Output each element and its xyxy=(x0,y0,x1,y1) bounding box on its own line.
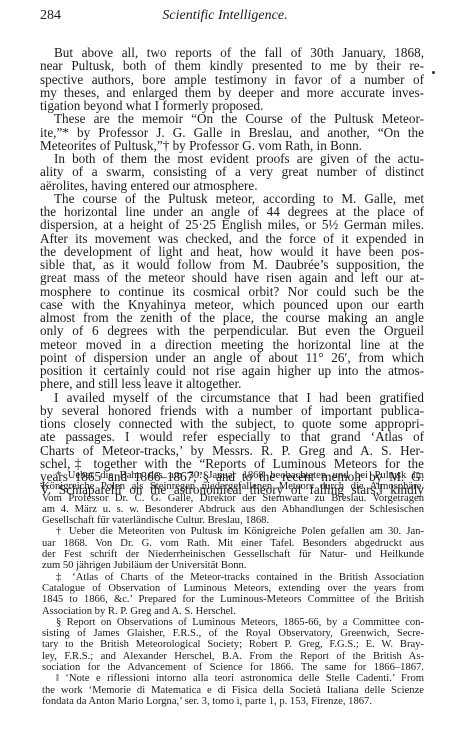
footnote-line: Catalogue of Observation of Luminous Met… xyxy=(42,583,424,594)
text-line: mosphere to continue its cosmical orbit?… xyxy=(40,285,424,298)
text-line: phere, and still less leave it altogethe… xyxy=(40,377,424,390)
text-line: near Pultusk, both of them kindly presen… xyxy=(40,59,424,72)
footnote-line: ‡ ‘Atlas of Charts of the Meteor-tracks … xyxy=(42,572,424,583)
text-line: position it certainly could not rise aga… xyxy=(40,364,424,377)
text-line: ality of a swarm, consisting of a very g… xyxy=(40,165,424,178)
footnote-line: Association by R. P. Greg and A. S. Hers… xyxy=(42,606,424,617)
text-line: spective authors, bore ample testimony i… xyxy=(40,73,424,86)
text-line: only of 6 degrees with the perpendicular… xyxy=(40,324,424,337)
text-line: The course of the Pultusk meteor, accord… xyxy=(40,192,424,205)
running-title: Scientific Intelligence. xyxy=(40,8,410,24)
text-line: meteor moved in a direction meeting the … xyxy=(40,338,424,351)
footnote-line: Gesellschaft für vaterländische Cultur. … xyxy=(42,515,424,526)
text-line: great mass of the meteor should have ris… xyxy=(40,271,424,284)
footnote-line: † Ueber die Meteoriten von Pultusk im Kö… xyxy=(42,526,424,537)
footnote-line: ley, F.R.S.; and Alexander Herschel, B.A… xyxy=(42,651,424,662)
footnote-line: zum 50 jährigen Jubiläum der Universität… xyxy=(42,560,424,571)
text-line: tigation beyond what I formerly proposed… xyxy=(40,99,424,112)
footnote-line: § Report on Observations of Luminous Met… xyxy=(42,617,424,628)
text-line: After its movement was checked, and the … xyxy=(40,232,424,245)
text-line: ate passages. I would refer especially t… xyxy=(40,430,424,443)
text-line: These are the memoir “On the Course of t… xyxy=(40,112,424,125)
text-line: Meteorites of Pultusk,”† by Professor G.… xyxy=(40,139,424,152)
text-line: tions closely connected with the subject… xyxy=(40,417,424,430)
text-line: aërolites, having entered our atmosphere… xyxy=(40,179,424,192)
footnote-line: the work ‘Memorie di Matematica e di Fis… xyxy=(42,685,424,696)
text-line: In both of them the most evident proofs … xyxy=(40,152,424,165)
text-line: But above all, two reports of the fall o… xyxy=(40,46,424,59)
footnote-line: 1845 to 1866, &c.’ Prepared for the Lumi… xyxy=(42,594,424,605)
footnote-line: fondata da Anton Mario Lorgna,’ ser. 3, … xyxy=(42,696,424,707)
book-page: 284 Scientific Intelligence. But above a… xyxy=(0,0,450,750)
footnote-line: Vom Professor Dr. C. G. Galle, Direktor … xyxy=(42,493,424,504)
text-line: the development of light and heat, how w… xyxy=(40,245,424,258)
body-text: But above all, two reports of the fall o… xyxy=(40,46,424,497)
text-line: dispersion, at a height of 25·25 English… xyxy=(40,218,424,231)
footnote-line: am 4. März u. s. w. Besonderer Abdruck a… xyxy=(42,504,424,515)
page-header: 284 Scientific Intelligence. xyxy=(40,8,410,28)
text-line: ite,”* by Professor J. G. Galle in Bresl… xyxy=(40,126,424,139)
text-line: Charts of Meteor-tracks,’ by Messrs. R. … xyxy=(40,444,424,457)
text-line: my theses, and enlarged them by deeper a… xyxy=(40,86,424,99)
footnotes: * Ueber die Bahn des am 30. Januar 1868 … xyxy=(42,470,424,707)
footnote-line: tary to the British Meteorological Socie… xyxy=(42,639,424,650)
text-line: by several honored friends with a number… xyxy=(40,404,424,417)
footnote-line: ‖ ‘Note e riflessioni intorno alla teori… xyxy=(42,673,424,684)
text-line: I availed myself of the circumstance tha… xyxy=(40,391,424,404)
footnote-line: der Fest schrift der Niederrheinischen G… xyxy=(42,549,424,560)
text-line: point of dispersion under an angle of ab… xyxy=(40,351,424,364)
footnote-line: sociation for the Advancement of Science… xyxy=(42,662,424,673)
text-line: sible that, as it would follow from M. D… xyxy=(40,258,424,271)
footnote-line: Königreiche Polen als Steinregen niederg… xyxy=(42,481,424,492)
text-line: almost from the zenith of the place, the… xyxy=(40,311,424,324)
footnote-line: * Ueber die Bahn des am 30. Januar 1868 … xyxy=(42,470,424,481)
footnote-line: uar 1868. Von Dr. G. vom Rath. Mit einer… xyxy=(42,538,424,549)
text-line: schel,‡ together with the “Reports of Lu… xyxy=(40,457,424,470)
footnote-line: sisting of James Glaisher, F.R.S., of th… xyxy=(42,628,424,639)
margin-speck xyxy=(432,71,435,74)
text-line: case with the Knyahinya meteor, which po… xyxy=(40,298,424,311)
text-line: the horizontal line under an angle of 44… xyxy=(40,205,424,218)
